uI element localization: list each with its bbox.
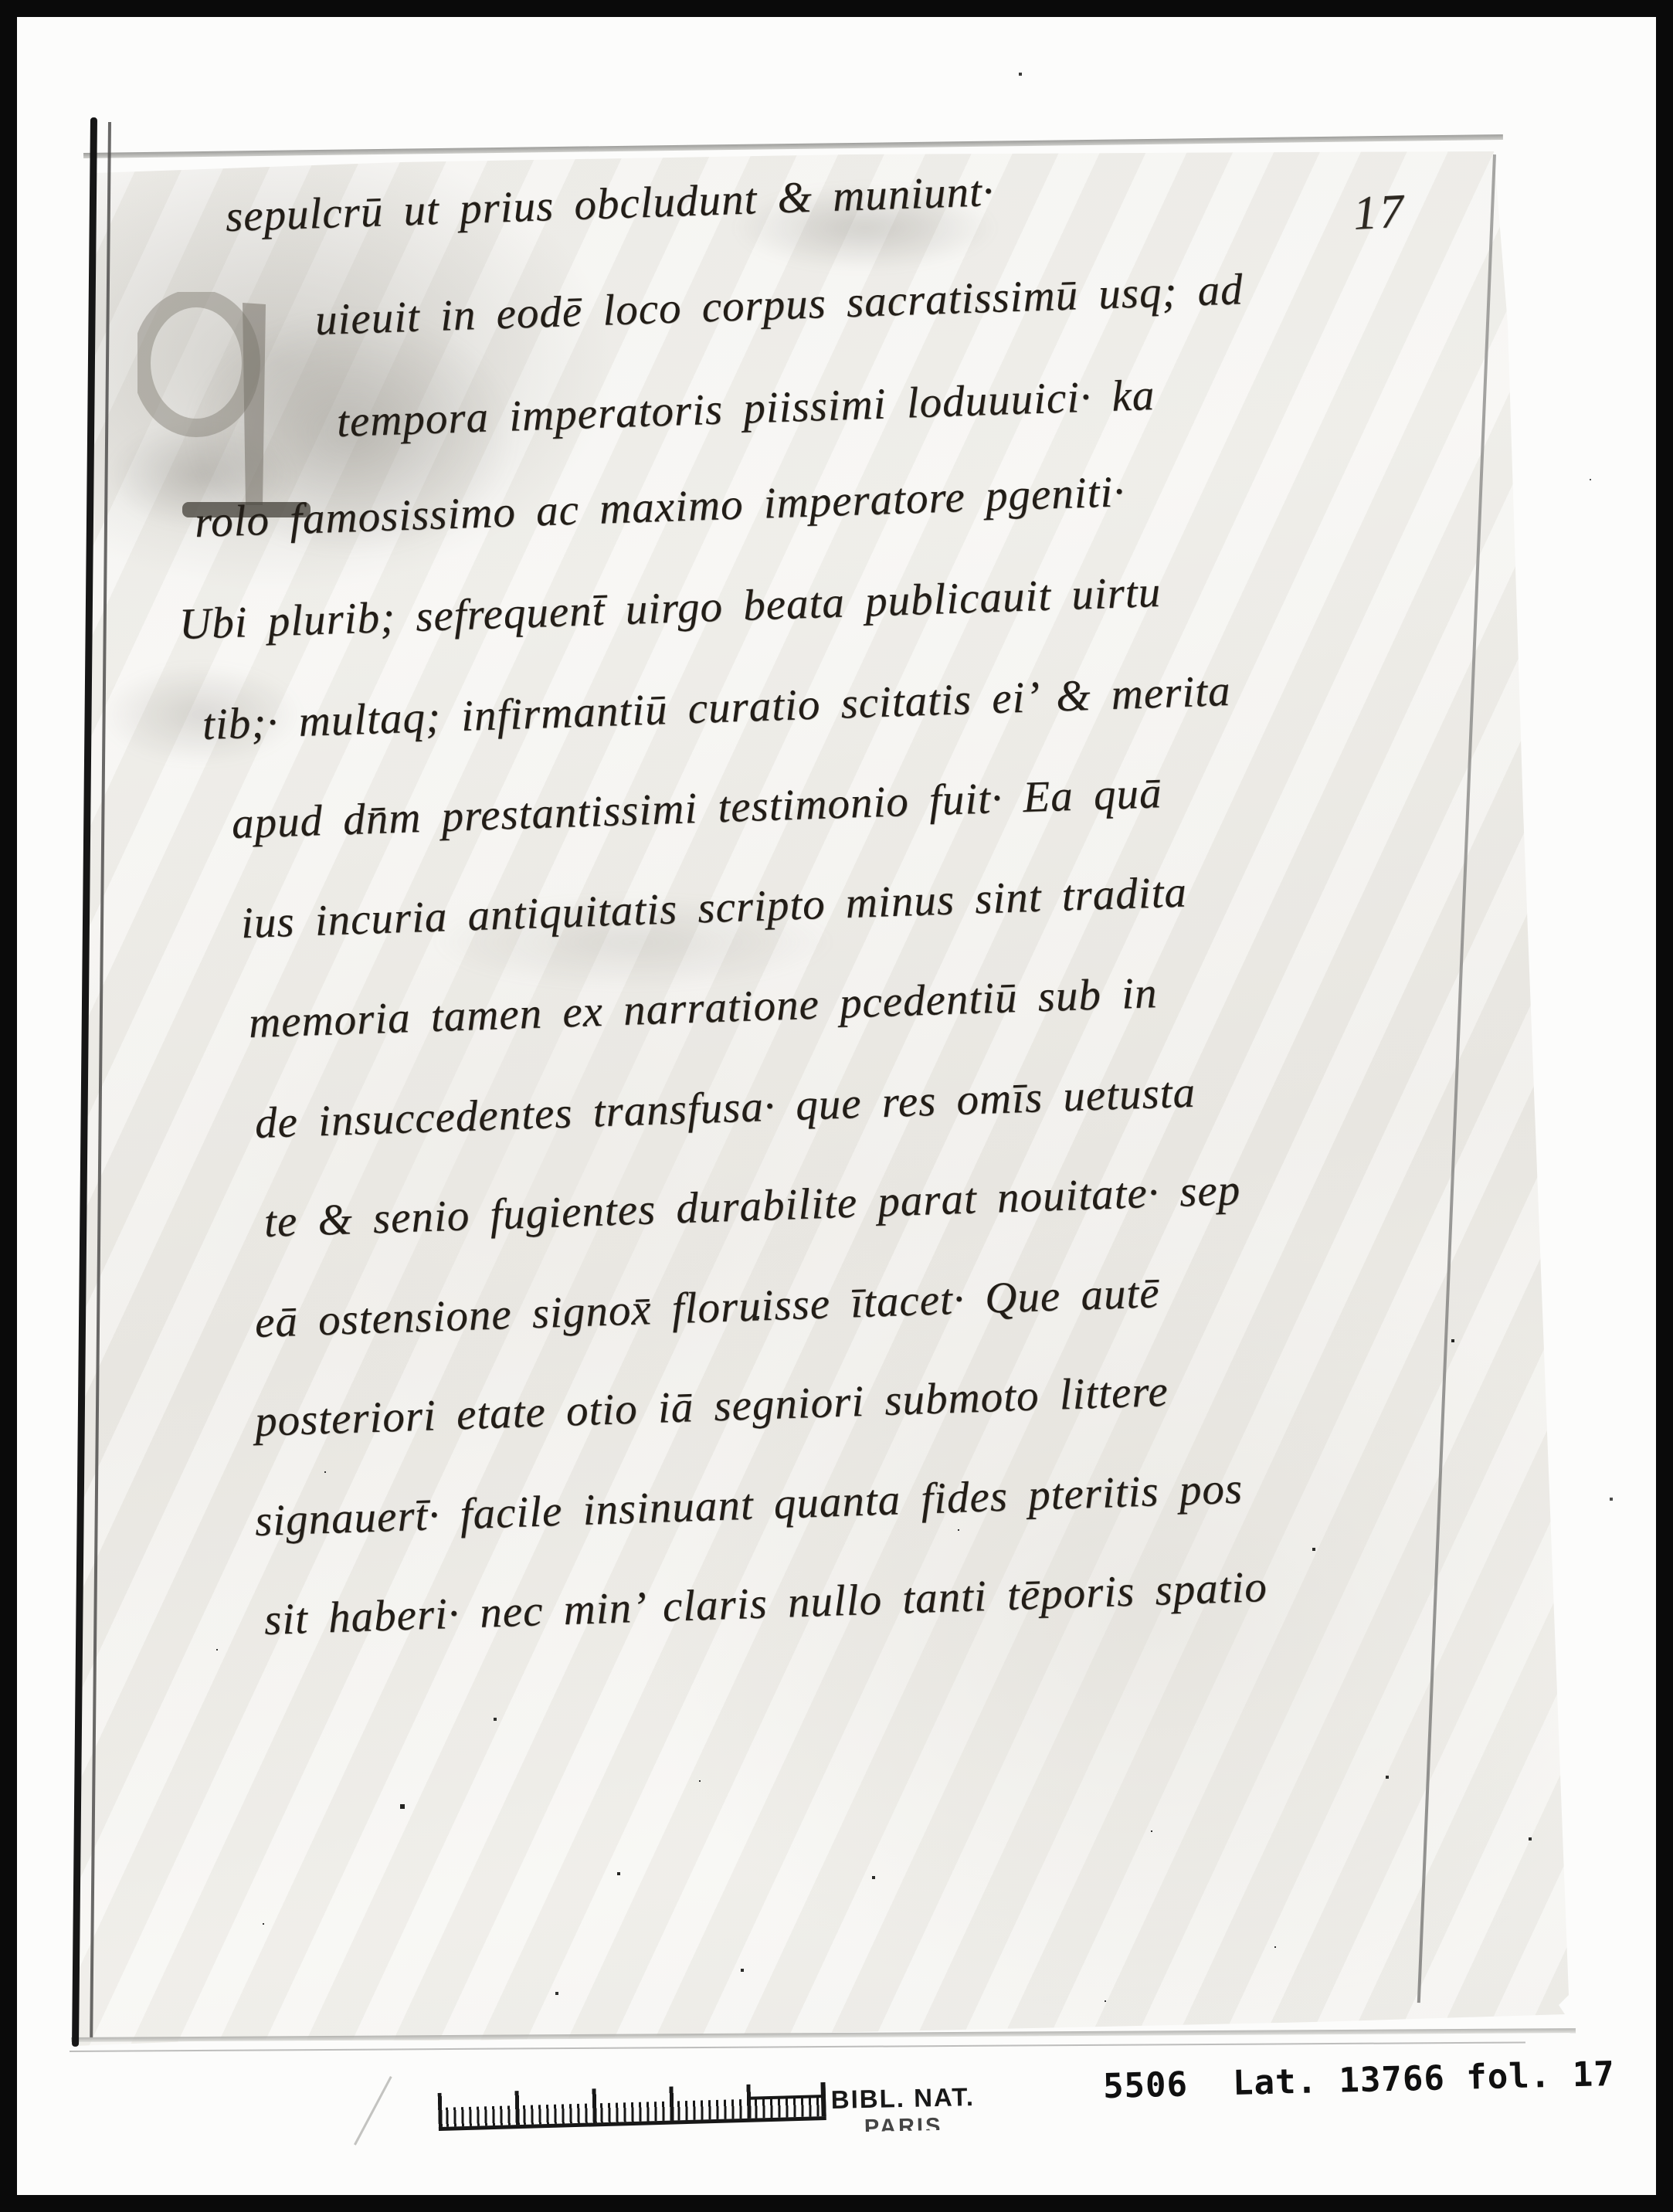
manuscript-line: tib;· multaq; infirmantiū curatio scitat…: [202, 669, 1231, 747]
manuscript-line: signauert̄· facile insinuant quanta fide…: [254, 1467, 1244, 1543]
catalog-reference: 5506Lat. 13766 fol. 17: [1102, 2054, 1615, 2106]
manuscript-line: eā ostensione signox̄ floruisse ītacet· …: [254, 1271, 1160, 1345]
manuscript-line: tempora imperatoris piissimi loduuuici· …: [336, 373, 1155, 444]
manuscript-line: Ubi plurib; sefrequent̄ uirgo beata publ…: [178, 570, 1162, 646]
scale-ruler: [437, 2075, 826, 2131]
manuscript-line: apud dn̄m prestantissimi testimonio fuit…: [231, 771, 1162, 846]
dust-specks: [0, 0, 2, 2]
manuscript-line: te & senio fugientes durabilite parat no…: [263, 1168, 1241, 1244]
bnf-stamp: BIBL. NAT. PARIS: [830, 2082, 975, 2132]
manuscript-line: ius incuria antiquitatis scripto minus s…: [240, 870, 1188, 945]
shelfmark: Lat. 13766 fol. 17: [1232, 2054, 1615, 2103]
ruler-major-ticks: [438, 2082, 826, 2127]
under-sheet-corner: [354, 2076, 392, 2146]
under-sheet-edge: [70, 2041, 1525, 2052]
manuscript-line: sepulcrū ut prius obcludunt & muniunt·: [225, 169, 995, 239]
manuscript-line: memoria tamen ex narratione pcedentiū su…: [248, 971, 1158, 1045]
stamp-line-2-clip: PARIS: [831, 2112, 976, 2132]
manuscript-line: de insuccedentes transfusa· que res omīs…: [254, 1070, 1196, 1145]
manuscript-line: rolo famosissimo ac maximo imperatore pg…: [194, 470, 1125, 545]
folio-number: 17: [1352, 184, 1407, 241]
manuscript-line: sit haberi· nec min’ claris nullo tanti …: [263, 1565, 1268, 1642]
catalog-number: 5506: [1102, 2064, 1188, 2106]
stamp-line-1: BIBL. NAT.: [830, 2082, 975, 2115]
manuscript-line: posteriori etate otio iā segniori submot…: [254, 1369, 1169, 1444]
initial-letter-q: [137, 292, 320, 528]
manuscript-photograph: { "manuscript": { "page_number": "17", "…: [0, 0, 1673, 2212]
stamp-line-2: PARIS: [831, 2113, 976, 2132]
ruler-end-tick: [820, 2082, 826, 2116]
manuscript-page: sepulcrū ut prius obcludunt & muniunt· u…: [0, 0, 1673, 2212]
manuscript-line: uieuit in eodē loco corpus sacratissimū …: [314, 267, 1244, 342]
